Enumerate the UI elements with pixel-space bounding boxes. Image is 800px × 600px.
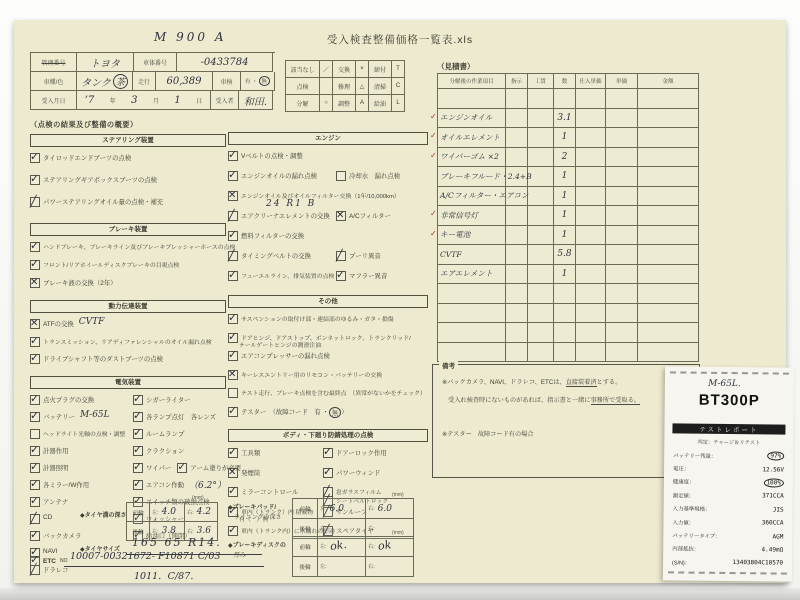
estimate-qty-text: 2: [562, 152, 568, 162]
checklist-row: フロント/リアホイールディスクブレーキの目視点検: [30, 260, 226, 278]
estimate-header-cell: 指示: [506, 74, 528, 89]
checklist-item: 各ミラー/W作用: [30, 480, 133, 490]
estimate-empty-cell: [638, 304, 699, 324]
estimate-item-cell: [438, 284, 506, 304]
checkbox-icon: [133, 412, 143, 422]
measurement-row: 前輪左:ok.右:ok: [293, 537, 414, 557]
checklist-row: ドライブシャフト等のダストブーツの点検: [30, 354, 226, 372]
item-label: ミラーコントロール: [241, 487, 298, 496]
item-label-suffix: ）: [341, 407, 347, 416]
checkbox-icon: [336, 251, 346, 261]
unit-mm: (mm): [192, 495, 204, 501]
receipt-row-value: JIS: [773, 506, 784, 513]
estimate-row: ✓キー電池1: [438, 226, 699, 246]
checkbox-icon: [336, 271, 346, 281]
receiver-label: 受入者: [211, 91, 239, 110]
item-label: マフラー異音: [349, 271, 387, 280]
checklist-item: ミラーコントロール: [228, 487, 323, 497]
estimate-empty-cell: [606, 148, 638, 168]
item-label: プーリ異音: [349, 251, 381, 260]
estimate-qty-cell: 1: [554, 187, 576, 207]
estimate-header-cell: 金額: [638, 74, 699, 89]
side-label: 左:: [152, 509, 159, 516]
checklist-row: タイロッドエンドブーツの点検: [30, 153, 226, 175]
checklist-row: ハンドブレーキ、ブレーキライン及びブレーキプレッシャーホースの点検: [30, 242, 226, 260]
checklist-row: ドアヒンジ、ドアストップ、ボンネットロック、トランクリッド/テールゲートヒンジの…: [228, 333, 428, 352]
checklist-item: 窓ガラスフィルム: [323, 487, 388, 496]
estimate-header-cell: 数: [554, 74, 576, 89]
receipt-row: 入力値：360CCA: [672, 515, 783, 530]
estimate-item-text: ブレーキフルード・2.4+B: [438, 171, 532, 182]
checklist-row: ATFの交換CVTF: [30, 319, 226, 337]
estimate-empty-cell: [638, 226, 699, 246]
row-right-cell: 各ランプ点灯 各レンズ: [133, 412, 216, 422]
measurement-value: 6.0: [330, 504, 344, 514]
estimate-empty-cell: [506, 148, 528, 168]
side-label: 左:: [320, 563, 327, 570]
legend-symbol: T: [392, 61, 405, 78]
checklist-item: パワーステアリングオイル量の点検・補充: [30, 197, 163, 207]
item-label: CD: [43, 514, 52, 521]
shaken-option-yes: 有 ・: [245, 77, 258, 85]
estimate-header-cell: 仕入単価: [576, 74, 606, 89]
estimate-empty-cell: [528, 148, 554, 168]
estimate-item-cell: ブレーキフルード・2.4+B: [438, 167, 506, 187]
receipt-row-value: 97%: [767, 452, 784, 461]
row-right-cell: 冷却水 漏れ点検: [336, 171, 400, 181]
row-right-cell: プーリ異音: [336, 251, 381, 261]
side-label: 右:: [368, 543, 375, 550]
checkbox-icon: [228, 171, 238, 181]
checklist-item: ドライブシャフト等のダストブーツの点検: [30, 354, 163, 364]
checkbox-icon: [30, 242, 40, 252]
receipt-row: 入力基準規格：JIS: [673, 502, 784, 517]
checkbox-icon: [228, 388, 238, 398]
legend-symbol: ×: [356, 61, 369, 78]
item-label: エンジンオイル及びオイルフィルター交換（1年/10,000km）: [241, 191, 400, 200]
checklist-item: パワーウィンド: [323, 468, 380, 478]
estimate-qty-text: 5.8: [557, 249, 571, 259]
estimate-empty-cell: [528, 89, 554, 109]
section-header-others: その他: [228, 295, 428, 308]
estimate-item-text: ワイパーゴム ×2: [438, 151, 499, 162]
test-result-rows: バッテリー残量：97%電圧：12.56V健康度：100%測定値：371CCA入力…: [672, 448, 784, 570]
row-left-cell: 点火プラグの交換: [30, 395, 133, 405]
estimate-empty-cell: [638, 128, 699, 148]
estimate-empty-cell: [528, 304, 554, 324]
measurement-value: 6.0: [378, 504, 392, 514]
measurement-value: ok: [377, 538, 392, 553]
checklist-item: ハンドブレーキ、ブレーキライン及びブレーキプレッシャーホースの点検: [30, 242, 235, 252]
checkbox-icon: [30, 412, 40, 422]
estimate-empty-cell: [576, 206, 606, 226]
estimate-empty-cell: [506, 304, 528, 324]
estimate-empty-cell: [528, 206, 554, 226]
checkbox-icon: [30, 153, 40, 163]
estimate-empty-cell: [528, 245, 554, 265]
estimate-empty-cell: [606, 304, 638, 324]
estimate-empty-cell: [606, 167, 638, 187]
estimate-empty-cell: [528, 284, 554, 304]
inspection-heading: （点検の結果及び整備の概要）: [30, 120, 226, 130]
item-label: ブレーキ液の交換（2年）: [43, 278, 117, 287]
checkbox-icon: [30, 260, 40, 270]
checkbox-icon: [30, 197, 40, 207]
checklist-row: ヘッドライト光軸の点検・調整ルームランプ: [30, 429, 226, 446]
estimate-empty-cell: [528, 187, 554, 207]
section-header-electrical: 電気装置: [30, 376, 226, 389]
estimate-empty-cell: [506, 226, 528, 246]
receipt-row: 内部抵抗：4.49mΩ: [672, 542, 783, 557]
estimate-item-cell: [438, 323, 506, 343]
checkbox-icon: [30, 531, 40, 541]
estimate-empty-cell: [606, 109, 638, 129]
receipt-row: 健康度：100%: [673, 475, 784, 490]
section-header-body: ボディ・下廻り防錆処理の点検: [228, 429, 428, 442]
item-label: 計器作用: [43, 446, 69, 455]
estimate-qty-text: 1: [562, 132, 568, 142]
checkbox-icon: [228, 251, 238, 261]
red-check-mark: ✓: [430, 131, 437, 140]
estimate-empty-cell: [528, 109, 554, 129]
received-date-label: 受入月日: [31, 91, 77, 110]
estimate-item-cell: キー電池: [438, 226, 506, 246]
item-label: 各ランプ点灯 各レンズ: [146, 412, 216, 421]
receipt-row-label: 入力基準規格：: [673, 505, 711, 513]
legend-symbol: ○: [320, 95, 333, 112]
scanned-inspection-sheet: 受入検査整備価格一覧表.xls M 900 A 管理番号 トヨタ 車体番号 -0…: [0, 0, 800, 600]
checkbox-icon: [228, 211, 238, 221]
test-verdict: 判定：チャージ＆リテスト: [664, 437, 793, 446]
checklist-row: バッテリーM-65L各ランプ点灯 各レンズ: [30, 412, 226, 429]
item-label: フロント/リアホイールディスクブレーキの目視点検: [43, 260, 179, 269]
checklist-item: エンジンオイルの漏れ点検: [228, 171, 336, 181]
right-value-cell: 右:: [366, 557, 414, 577]
checklist-item: 各ランプ点灯 各レンズ: [133, 412, 216, 422]
receipt-row-value: 100%: [763, 478, 784, 487]
receipt-row: バッテリー残量：97%: [673, 448, 784, 463]
checkbox-icon: [228, 151, 238, 161]
receipt-row-label: 入力値：: [672, 518, 694, 526]
estimate-header-cell: 工賃: [528, 74, 554, 89]
estimate-empty-cell: [606, 206, 638, 226]
estimate-empty-cell: [638, 343, 699, 363]
checklist-item: エアコン作動（6.2°）: [133, 480, 226, 491]
checkbox-icon: [30, 480, 40, 490]
checkbox-icon: [336, 171, 346, 181]
checkbox-icon: [133, 446, 143, 456]
item-label: 各ミラー/W作用: [43, 480, 89, 489]
estimate-row: ✓エンジンオイル3.1: [438, 109, 699, 129]
page-title: 受入検査整備価格一覧表.xls: [282, 32, 518, 47]
estimate-empty-cell: [576, 226, 606, 246]
measurement-value: ok.: [329, 537, 347, 552]
checkbox-icon: [30, 319, 40, 329]
estimate-empty-cell: [576, 245, 606, 265]
item-label: 計器照明: [43, 463, 69, 472]
estimate-row: ブレーキフルード・2.4+B1: [438, 167, 699, 187]
checklist-item: 発煙筒: [228, 468, 323, 478]
estimate-empty-cell: [506, 323, 528, 343]
estimate-empty-cell: [506, 109, 528, 129]
red-check-mark: ✓: [430, 209, 437, 218]
estimate-qty-text: 1: [562, 230, 568, 240]
estimate-item-cell: エアエレメント: [438, 265, 506, 285]
checkbox-icon: [133, 429, 143, 439]
row-left-cell: アンテナ: [30, 497, 133, 507]
side-label: 右:: [187, 528, 194, 535]
checklist-item: ドアーロック作用: [323, 448, 387, 458]
side-label: 左:: [320, 543, 327, 550]
checklist-item: 計器照明: [30, 463, 133, 473]
checklist-item: タイロッドエンドブーツの点検: [30, 153, 131, 163]
row-left-cell: ミラーコントロール: [228, 487, 323, 497]
legend-symbol: A: [356, 95, 369, 112]
checklist-item: タイミングベルトの交換: [228, 251, 336, 261]
estimate-empty-cell: [638, 89, 699, 109]
handwritten-note: M-65L: [80, 410, 110, 420]
wheel-label: 前輪: [127, 503, 150, 522]
item-label: パワーステアリングオイル量の点検・補充: [43, 197, 163, 206]
estimate-empty-cell: [638, 323, 699, 343]
item-label: クラクション: [146, 446, 184, 455]
brake-disc-table: 前輪左:ok.右:ok後輪左:右:: [292, 536, 414, 577]
checklist-row: 燃料フィルターの交換: [228, 231, 428, 251]
etc-label: ETC: [43, 558, 56, 565]
checkbox-icon: [228, 231, 238, 241]
table-row: 管理番号 トヨタ 車体番号 -0433784: [31, 53, 275, 72]
estimate-empty-cell: [576, 89, 606, 109]
estimate-qty-cell: 1: [554, 206, 576, 226]
estimate-qty-cell: 1: [554, 167, 576, 187]
received-date-value: ’7年 3月 1日: [77, 91, 211, 110]
checklist-item: シガーライター: [133, 395, 191, 405]
handwritten-note-below: 24 R1 B: [266, 199, 316, 209]
estimate-item-cell: [438, 89, 506, 109]
checklist-item: ルームランプ: [133, 429, 184, 439]
item-label: サスペンションの取付け部・連結部のゆるみ・ガタ・損傷: [241, 314, 394, 323]
checklist-item: ステアリングギアボックスブーツの点検: [30, 175, 157, 185]
checkbox-icon: [323, 448, 333, 458]
estimate-qty-text: 1: [562, 171, 568, 181]
checklist-row: エアコンプレッサーの漏れ点検: [228, 351, 428, 370]
symbol-legend-table: 該当なし／交換×締付T点検修理△清掃C分解○調整A給油L: [285, 60, 405, 112]
row-right-cell: A/Cフィルター: [336, 211, 391, 221]
side-label: 左:: [320, 505, 327, 512]
estimate-row: ✓オイルエレメント1: [438, 128, 699, 148]
legend-symbol-label: 清掃: [369, 78, 392, 95]
vin-label: 車体番号: [134, 53, 177, 72]
checklist-row: トランスミッション、リアディファレンシャルのオイル漏れ点検: [30, 337, 226, 355]
vehicle-info-table: 管理番号 トヨタ 車体番号 -0433784 車種/色 タンク茶 走行 60,3…: [30, 52, 275, 110]
estimate-item-text: オイルエレメント: [438, 132, 500, 143]
estimate-qty-text: 3.1: [557, 113, 571, 123]
item-label: キーレスエントリー用のリモコン・バッテリーの交換: [241, 370, 382, 379]
receipt-row-value: 371CCA: [762, 493, 784, 500]
checklist-item: アンテナ: [30, 497, 133, 507]
legend-symbol: ／: [320, 61, 333, 78]
receipt-row-label: 健康度：: [673, 478, 695, 486]
estimate-item-cell: A/Cフィルター・エアコン: [438, 187, 506, 207]
estimate-item-text: A/Cフィルター・エアコン: [438, 190, 529, 201]
row-right-cell: パワーウィンド: [323, 468, 380, 478]
row-right-cell: マフラー異音: [336, 271, 387, 281]
perforation: [670, 371, 789, 374]
checkbox-icon: [30, 556, 40, 566]
row-left-cell: 各ミラー/W作用: [30, 480, 133, 490]
legend-symbol: L: [392, 95, 405, 112]
item-label: ドライブシャフト等のダストブーツの点検: [43, 354, 163, 363]
form-paper: 受入検査整備価格一覧表.xls M 900 A 管理番号 トヨタ 車体番号 -0…: [14, 20, 786, 583]
maker-value: トヨタ: [90, 55, 120, 70]
estimate-empty-cell: [528, 226, 554, 246]
estimate-row: エアエレメント1: [438, 265, 699, 285]
estimate-header-cell: 単価: [606, 74, 638, 89]
row-right-cell: ワイパーアーム塗りが必要: [133, 463, 241, 473]
estimate-qty-cell: 1: [554, 226, 576, 246]
checklist-row: ブレーキ液の交換（2年）: [30, 278, 226, 296]
test-report-banner: テストレポート: [672, 423, 785, 434]
item-label: 工具類: [241, 448, 260, 457]
item-label: アンテナ: [43, 497, 68, 506]
right-value-cell: 右:ok: [366, 537, 414, 557]
measurement-value: 4.2: [197, 507, 211, 517]
checkbox-icon: [30, 175, 40, 185]
checklist-item: トランスミッション、リアディファレンシャルのオイル漏れ点検: [30, 337, 212, 347]
legend-symbol-label: 点検: [286, 78, 320, 95]
estimate-item-text: エアエレメント: [438, 268, 493, 279]
legend-symbol: [320, 78, 333, 95]
checklist-item: A/Cフィルター: [336, 211, 391, 221]
checklist-item: プーリ異音: [336, 251, 381, 261]
row-left-cell: バッテリーM-65L: [30, 412, 133, 422]
item-label: パワーウィンド: [336, 468, 380, 477]
checkbox-icon: [228, 526, 238, 536]
measurement-row: 前輪左:6.0右:6.0: [293, 499, 414, 519]
remarks-line: ※テスター 故障コード有の場合: [442, 429, 534, 438]
item-label: A/Cフィルター: [349, 211, 391, 220]
estimate-row: [438, 89, 699, 109]
estimate-row: [438, 323, 699, 343]
shaken-option-no-circled: 無: [259, 76, 271, 86]
checklist-item: 冷却水 漏れ点検: [336, 171, 400, 181]
checkbox-icon: [133, 395, 143, 405]
estimate-qty-cell: 5.8: [554, 245, 576, 265]
estimate-empty-cell: [606, 265, 638, 285]
receipt-row-label: 測定値：: [673, 491, 695, 499]
estimate-item-cell: [438, 304, 506, 324]
checklist-item: エンジンオイル及びオイルフィルター交換（1年/10,000km）24 R1 B: [228, 191, 400, 201]
row-left-cell: バックカメラ: [30, 531, 133, 541]
etc-number-line2: 1011．C/87．: [134, 568, 200, 582]
receipt-row-label: バッテリータイプ：: [672, 531, 720, 540]
estimate-empty-cell: [638, 284, 699, 304]
item-label: トランスミッション、リアディファレンシャルのオイル漏れ点検: [43, 337, 212, 346]
estimate-empty-cell: [528, 128, 554, 148]
item-label: ATFの交換: [43, 319, 74, 328]
checklist-row: パワーステアリングオイル量の点検・補充: [30, 197, 226, 219]
receipt-row: 測定値：371CCA: [673, 489, 784, 504]
estimate-qty-text: 1: [562, 191, 568, 201]
item-label: テスター （故障コード 有 ・: [241, 407, 329, 416]
checkbox-icon: [30, 429, 40, 439]
table-row: 車種/色 タンク茶 走行 60,389 車検 有 ・無: [31, 72, 275, 91]
estimate-qty-cell: 2: [554, 148, 576, 168]
estimate-qty-cell: [554, 284, 576, 304]
section-header-steering: ステアリング装置: [30, 134, 226, 147]
section-header-brake: ブレーキ装置: [30, 223, 226, 236]
color-value: 茶: [113, 74, 128, 89]
estimate-empty-cell: [606, 226, 638, 246]
odometer-value: 60,389: [167, 76, 202, 87]
row-left-cell: エアクリーナエレメントの交換: [228, 211, 336, 221]
checkbox-icon: [30, 463, 40, 473]
estimate-header-cell: 分解後の作業項目: [438, 74, 506, 89]
checklist-row: ステアリングギアボックスブーツの点検: [30, 175, 226, 197]
row-left-cell: フューエルライン、排気装置の点検: [228, 271, 336, 281]
shaken-label: 車検: [213, 72, 241, 91]
checklist-item: テスト走行、ブレーキ点検を含む最終点 （異常がないかをチェック）: [228, 388, 426, 398]
checkbox-icon: [30, 395, 40, 405]
estimate-row: [438, 304, 699, 324]
left-value-cell: 左:ok.: [318, 537, 366, 557]
row-right-cell: クラクション: [133, 446, 184, 456]
receipt-row-label: バッテリー残量：: [673, 451, 716, 459]
checkbox-icon: [177, 463, 187, 473]
item-label: ステアリングギアボックスブーツの点検: [43, 175, 157, 184]
checklist-item: ATFの交換CVTF: [30, 319, 104, 329]
row-left-cell: 工具類: [228, 448, 323, 458]
item-label: ハンドブレーキ、ブレーキライン及びブレーキプレッシャーホースの点検: [43, 242, 235, 251]
checklist-item: 計器作用: [30, 446, 133, 456]
checkbox-icon: [30, 565, 40, 575]
checklist-row: 点火プラグの交換シガーライター: [30, 395, 226, 412]
estimate-empty-cell: [506, 128, 528, 148]
checklist-item: ドラレコ: [30, 565, 69, 575]
handwritten-note: CVTF: [79, 317, 105, 327]
model-value: タンク: [81, 74, 111, 89]
checklist-row: タイミングベルトの交換プーリ異音: [228, 251, 428, 271]
red-check-mark: ✓: [430, 229, 437, 238]
remarks-box: 備考 ※バックカメラ、NAVI、ドラレコ、ETCは、直接装着済とする。 受入れ検…: [432, 364, 700, 478]
legend-symbol-label: 調整: [333, 95, 356, 112]
estimate-row: [438, 284, 699, 304]
checkbox-icon: [30, 278, 40, 288]
checkbox-icon: [30, 446, 40, 456]
checklist-item: エアコンプレッサーの漏れ点検: [228, 351, 330, 361]
item-label: エアクリーナエレメントの交換: [241, 211, 330, 220]
row-right-cell: ドアーロック作用: [323, 448, 387, 458]
legend-symbol-label: 給油: [369, 95, 392, 112]
estimate-empty-cell: [576, 343, 606, 363]
item-label: タイロッドエンドブーツの点検: [43, 153, 131, 162]
checklist-middle-column: エンジンVベルトの点検・調整エンジンオイルの漏れ点検冷却水 漏れ点検エンジンオイ…: [228, 128, 428, 546]
estimate-empty-cell: [638, 265, 699, 285]
estimate-empty-cell: [506, 265, 528, 285]
measurement-value: 4.0: [162, 507, 176, 517]
brake-pad-label2: ライニングの深さ: [234, 512, 281, 521]
side-label: 右:: [368, 505, 375, 512]
checklist-row: エンジンオイル及びオイルフィルター交換（1年/10,000km）24 R1 B: [228, 191, 428, 211]
item-label: 冷却水 漏れ点検: [349, 171, 400, 180]
item-label: タイミングベルトの交換: [241, 251, 311, 260]
item-label: 点火プラグの交換: [43, 395, 94, 404]
side-label: 右:: [368, 525, 375, 532]
receipt-row-label: 電圧：: [673, 464, 689, 472]
section-header-engine: エンジン: [228, 132, 428, 145]
item-label: エンジンオイルの漏れ点検: [241, 171, 317, 180]
estimate-row: ✓ワイパーゴム ×22: [438, 148, 699, 168]
